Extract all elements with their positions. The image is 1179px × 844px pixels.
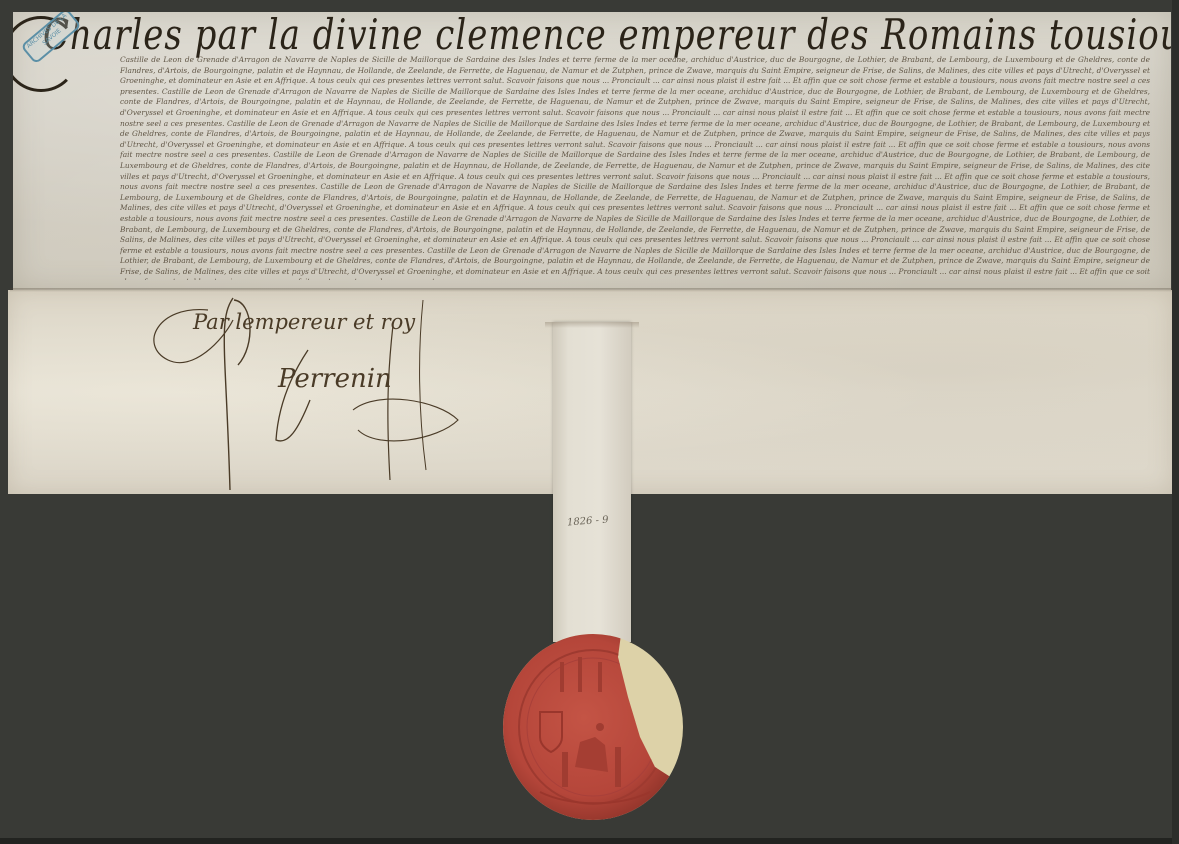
fold-line [10, 288, 1172, 292]
bottom-frame-band [0, 838, 1179, 844]
charter-main-sheet: Charles par la divine clemence empereur … [13, 12, 1171, 292]
strap-slot [545, 322, 639, 328]
right-frame-band [1172, 0, 1179, 844]
secretary-signature: Perrenin [278, 364, 392, 394]
signature-phrase: Par lempereur et roy [193, 310, 415, 334]
seal-strap [553, 322, 631, 642]
wax-seal-icon [500, 627, 686, 823]
charter-body-text: Castille de Leon de Grenade d'Arragon de… [120, 55, 1150, 280]
wax-seal [500, 627, 686, 823]
